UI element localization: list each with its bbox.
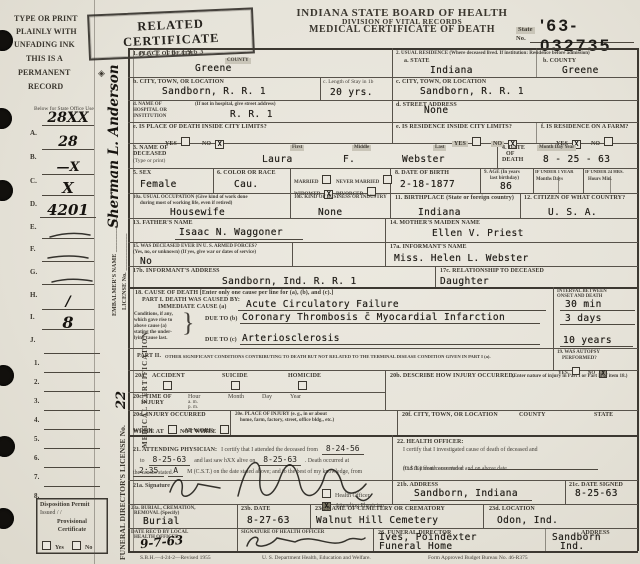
handwritten-value: —X xyxy=(42,161,94,175)
grid-line xyxy=(373,528,374,551)
blank-line xyxy=(44,486,100,487)
relationship-label: 17c. RELATIONSHIP TO DECEASED xyxy=(440,268,544,275)
no-label: NO xyxy=(591,141,600,147)
grid-line xyxy=(290,168,291,218)
cemetery-label: 23c. NAME OF CEMETERY OR CREMATORY xyxy=(315,506,445,513)
line-letter: A. xyxy=(30,129,37,137)
office-line-4: 4. xyxy=(34,409,39,427)
line-number: 1. xyxy=(34,359,39,367)
disposition-issued: Issued / / xyxy=(40,510,107,517)
race-label: 6. COLOR OR RACE xyxy=(217,170,276,177)
form-border xyxy=(128,48,638,50)
grid-line xyxy=(545,528,546,551)
blank-line xyxy=(44,467,100,468)
brace-glyph: } xyxy=(182,308,194,338)
relationship-value: Daughter xyxy=(440,277,489,287)
day-label: Day xyxy=(262,394,272,401)
line-number: 5. xyxy=(34,435,39,443)
pm-label: p. m. xyxy=(188,405,198,412)
office-line-7: 7. xyxy=(34,466,39,484)
handwritten-value: X xyxy=(42,182,94,196)
cause-c-value: Arteriosclerosis xyxy=(240,334,540,345)
dob-value: 2-18-1877 xyxy=(400,180,455,190)
office-line-E: E. 4201 xyxy=(30,216,37,234)
father-label: 13. FATHER'S NAME xyxy=(133,220,193,227)
usual-residence-label: 2. USUAL RESIDENCE (Where deceased lived… xyxy=(396,51,590,57)
funeral-director-value2: Funeral Home xyxy=(379,542,452,552)
year-label: Year xyxy=(290,394,301,401)
health-officer-label: 22. HEALTH OFFICER: xyxy=(397,439,464,446)
injury-county-label: COUNTY xyxy=(519,412,546,419)
hole-punch xyxy=(0,365,14,386)
citizen-value: U. S. A. xyxy=(548,208,597,218)
line-letter: F. xyxy=(30,245,36,253)
due-to-b-label: DUE TO (b) xyxy=(205,316,237,323)
date-recd-value: 9-7-63 xyxy=(139,534,183,551)
blank-line xyxy=(44,429,100,430)
no-label: No xyxy=(85,545,93,551)
farm-label: f. IS RESIDENCE ON A FARM? xyxy=(541,124,629,131)
last-header: Last xyxy=(433,145,446,151)
grid-line xyxy=(385,218,386,266)
handwritten-value: 28 xyxy=(42,136,94,150)
grid-line xyxy=(520,193,521,218)
while-work-checkbox xyxy=(168,425,177,434)
birthplace-value: Indiana xyxy=(418,208,461,218)
handwritten-value: / xyxy=(42,296,94,310)
res-limits-yes-checkbox xyxy=(472,137,481,146)
business-label: 10b. KIND OF BUSINESS OR INDUSTRY xyxy=(294,195,387,201)
handwritten-value: 8 xyxy=(42,316,94,330)
residence-county-value: Greene xyxy=(562,66,599,76)
grid-line xyxy=(237,504,238,551)
form-header: INDIANA STATE BOARD OF HEALTH DIVISION O… xyxy=(272,10,532,34)
dob-label: 8. DATE OF BIRTH xyxy=(395,170,449,177)
office-line-6: 6. xyxy=(34,447,39,465)
hole-punch xyxy=(0,30,13,51)
farm-no-checkbox xyxy=(604,137,613,146)
grid-line xyxy=(397,410,398,435)
armed-forces-label2: (Yes, no, or unknown) (If yes, give war … xyxy=(133,250,256,256)
homicide-checkbox xyxy=(298,381,307,390)
num-20a: 20a. xyxy=(135,373,146,380)
line-letter: B. xyxy=(30,153,37,161)
birthplace-label: 11. BIRTHPLACE (State or foreign country… xyxy=(395,195,514,202)
form-border xyxy=(128,48,130,551)
place-limits-yes-checkbox xyxy=(181,137,190,146)
interval-a-value: 30 min xyxy=(560,300,635,311)
funeral-license-label: FUNERAL DIRECTOR'S LICENSE No. xyxy=(118,425,127,560)
line-letter: G. xyxy=(30,268,37,276)
grid-line xyxy=(483,504,484,528)
line-letter: I. xyxy=(30,313,35,321)
pen-mark xyxy=(46,253,90,261)
pen-mark xyxy=(50,276,94,284)
vertical-handwritten-name: Sherman L. Anderson xyxy=(108,64,121,228)
grid-line xyxy=(128,392,385,393)
hole-punch xyxy=(0,436,15,457)
grid-line xyxy=(128,528,638,529)
place-limits-label: e. IS PLACE OF DEATH INSIDE CITY LIMITS? xyxy=(133,124,267,131)
month-label: Month xyxy=(228,394,244,401)
margin-warning: UNFADING INK xyxy=(14,42,75,49)
grid-line xyxy=(128,77,638,78)
work-label: WORK xyxy=(133,428,153,435)
grid-line xyxy=(213,168,214,193)
sex-label: 5. SEX xyxy=(133,170,151,177)
armed-forces-label1: 15. WAS DECEASED EVER IN U. S. ARMED FOR… xyxy=(133,244,257,250)
yes-label: Yes xyxy=(55,545,64,551)
margin-warning: PLAINLY WITH xyxy=(16,29,77,36)
injury-state-label: STATE xyxy=(594,412,613,419)
line-number: 2. xyxy=(34,378,39,386)
hospital-label2: HOSPITAL OR xyxy=(133,108,167,114)
informant-name-value: Miss. Helen L. Webster xyxy=(394,254,529,264)
conditions-note3: above cause (a) xyxy=(134,324,167,330)
office-line-1: 1. xyxy=(34,352,39,370)
under-24h-label: IF UNDER 24 HRS. xyxy=(585,169,624,175)
office-line-A: A. 28XX xyxy=(30,122,37,140)
grid-line xyxy=(480,168,481,193)
burial-date-label: 23b. DATE xyxy=(241,506,270,513)
mother-label: 14. MOTHER'S MAIDEN NAME xyxy=(390,220,480,227)
place-limits-checks: YES NO X xyxy=(165,132,224,150)
street-address-value: None xyxy=(424,106,448,116)
grid-line xyxy=(128,193,638,194)
blank-line xyxy=(44,391,100,392)
grid-line xyxy=(128,266,638,267)
residence-state-label: a. STATE xyxy=(404,58,430,65)
line-number: 4. xyxy=(34,416,39,424)
disposition-permit-box: Disposition Permit Issued / / Provisiona… xyxy=(36,498,108,554)
grid-line xyxy=(583,168,584,193)
first-header: First xyxy=(290,145,304,151)
suicide-checkbox xyxy=(231,381,240,390)
burial-value: Burial xyxy=(143,517,180,527)
embalmer-name-label: EMBALMER'S NAME ____________ xyxy=(112,215,119,316)
fd-address-value2: Ind. xyxy=(560,542,584,552)
hole-punch xyxy=(0,108,12,129)
health-officer-signature xyxy=(243,532,369,552)
middle-name-value: F. xyxy=(343,155,355,165)
line-letter: D. xyxy=(30,200,37,208)
handwritten-value: 28XX xyxy=(42,112,94,126)
business-value: None xyxy=(318,208,342,218)
citizen-label: 12. CITIZEN OF WHAT COUNTRY? xyxy=(524,195,625,202)
father-value: Isaac N. Waggoner xyxy=(175,228,303,240)
residence-state-value: Indiana xyxy=(430,66,473,76)
part2-text: OTHER SIGNIFICANT CONDITIONS CONTRIBUTIN… xyxy=(165,354,491,360)
cause-a-value: Acute Circulatory Failure xyxy=(238,300,546,311)
place-of-death-label: 1. PLACE OF DEATH xyxy=(133,51,193,58)
office-line-J: J. 8 xyxy=(30,329,35,347)
occupation-label2: during most of working life, even if ret… xyxy=(140,201,232,207)
budget-bureau-line: Form Approved Budget Bureau No. 46-R375 xyxy=(428,555,528,562)
form-number: S.B.H.—4-24-2—Revised 1955 xyxy=(140,555,211,562)
place-city-value: Sandborn, R. R. 1 xyxy=(162,87,266,97)
age-value: 86 xyxy=(500,182,512,192)
informant-name-label: 17a. INFORMANT'S NAME xyxy=(390,244,467,251)
race-value: Cau. xyxy=(234,180,258,190)
margin-warning: PERMANENT xyxy=(18,70,70,77)
conditions-note4: stating the under- xyxy=(134,330,172,336)
describe-injury-note: (Enter nature of injury in Part I or Par… xyxy=(512,374,627,380)
injury-city-label: 20f. CITY, TOWN, OR LOCATION xyxy=(402,412,498,419)
accident-checkbox xyxy=(163,381,172,390)
time-of-injury-label2: INJURY xyxy=(141,400,164,407)
residence-city-label: c. CITY, TOWN, OR LOCATION xyxy=(396,79,486,86)
burial-date-value: 8-27-63 xyxy=(247,516,290,526)
line-number: 7. xyxy=(34,473,39,481)
cause-b-value: Coronary Thrombosis c̄ Myocardial Infarc… xyxy=(240,313,540,324)
office-line-5: 5. xyxy=(34,428,39,446)
grid-line xyxy=(128,218,638,219)
grid-line xyxy=(128,100,638,101)
handwritten-value: 4201 xyxy=(40,204,96,218)
margin-divider-line xyxy=(94,0,95,564)
at-work-label: AT WORK xyxy=(184,428,214,435)
line-letter: J. xyxy=(30,336,35,344)
part1-label: PART I. DEATH WAS CAUSED BY: xyxy=(142,297,240,304)
blank-line xyxy=(44,410,100,411)
header-title2: MEDICAL CERTIFICATE OF DEATH xyxy=(272,27,532,34)
blank-line xyxy=(42,261,94,262)
health-officer-text3: (C.S.T.) from cause stated and on above … xyxy=(403,466,508,473)
dod-mdy-header: Month Day Year xyxy=(537,145,576,151)
name-note: (Type or print) xyxy=(133,158,165,165)
cemetery-value: Walnut Hill Cemetery xyxy=(316,516,438,526)
blank-line xyxy=(44,448,100,449)
grid-line xyxy=(565,480,566,504)
blank-line xyxy=(42,284,94,285)
office-line-D: D. X xyxy=(30,193,37,211)
physician-address-value: Sandborn, Indiana xyxy=(410,489,532,501)
state-no-label: No. xyxy=(516,36,526,43)
residence-city-value: Sandborn, R. R. 1 xyxy=(420,87,524,97)
hospital-note: (If not in hospital, give street address… xyxy=(195,102,276,108)
hospital-value: R. R. 1 xyxy=(230,110,273,120)
grid-line xyxy=(310,504,311,528)
name-label2: DECEASED xyxy=(133,151,166,158)
homicide-label: HOMICIDE xyxy=(288,373,321,380)
never-married-checkbox xyxy=(383,175,392,184)
place-of-injury-label2: home, farm, factory, street, office bldg… xyxy=(240,418,334,424)
grid-line xyxy=(392,435,393,504)
occupation-label1: 10a. USUAL OCCUPATION (Give kind of work… xyxy=(133,195,248,201)
header-title: INDIANA STATE BOARD OF HEALTH xyxy=(272,10,532,17)
middle-header: Middle xyxy=(352,145,371,151)
grid-line xyxy=(320,77,321,100)
last-name-value: Webster xyxy=(402,155,445,165)
armed-forces-value: No xyxy=(140,257,152,267)
pen-mark xyxy=(48,231,92,239)
hole-punch xyxy=(0,508,14,529)
office-line-B: B. 28 xyxy=(30,146,37,164)
hole-punch xyxy=(0,180,13,201)
date-signed-value: 8-25-63 xyxy=(575,489,618,499)
yes-label: YES xyxy=(452,141,468,147)
grid-line xyxy=(128,242,638,243)
provisional-yes-checkbox xyxy=(42,541,51,550)
suicide-label: SUICIDE xyxy=(222,373,248,380)
first-name-value: Laura xyxy=(262,155,293,165)
grid-line xyxy=(292,242,293,266)
informant-address-label: 17b. INFORMANT'S ADDRESS xyxy=(133,268,220,275)
line-number: 6. xyxy=(34,454,39,462)
hospital-label: d. NAME OF xyxy=(133,102,162,108)
sex-value: Female xyxy=(140,180,177,190)
grid-line xyxy=(435,266,436,287)
interval-b-value: 3 days xyxy=(560,314,635,325)
line-letter: E. xyxy=(30,223,37,231)
provisional-label: Provisional xyxy=(37,519,107,526)
place-city-label: b. CITY, TOWN, OR LOCATION xyxy=(133,79,224,86)
conditions-note5: lying cause last. xyxy=(134,336,167,342)
disposition-title: Disposition Permit xyxy=(40,502,107,509)
describe-injury-label: 20b. DESCRIBE HOW INJURY OCCURRED. xyxy=(390,373,515,380)
margin-warning: THIS IS A xyxy=(26,56,63,63)
hospital-label3: INSTITUTION xyxy=(133,114,166,120)
diamond-ornament-icon: ◈ xyxy=(98,68,105,79)
grid-line xyxy=(533,168,534,193)
grid-line xyxy=(385,370,386,410)
blank-line xyxy=(44,372,100,373)
office-line-F: F. xyxy=(30,238,36,256)
line-number: 3. xyxy=(34,397,39,405)
grid-line xyxy=(392,48,393,143)
office-line-2: 2. xyxy=(34,371,39,389)
not-while-work-checkbox xyxy=(220,425,229,434)
cemetery-location-label: 23d. LOCATION xyxy=(489,506,535,513)
line-letter: C. xyxy=(30,177,37,185)
margin-warning: RECORD xyxy=(28,84,63,91)
certificate-label: Certificate xyxy=(37,527,107,534)
accident-label: ACCIDENT xyxy=(152,373,185,380)
age-label1: 9. AGE (In years xyxy=(484,170,520,176)
mother-value: Ellen V. Priest xyxy=(432,229,524,239)
provisional-no-checkbox xyxy=(72,541,81,550)
part2-label: PART II. xyxy=(137,353,161,360)
form-border xyxy=(637,48,639,551)
office-line-I: I. / xyxy=(30,306,35,324)
place-limits-no-checkbox: X xyxy=(215,140,224,149)
cemetery-location-value: Odon, Ind. xyxy=(497,516,558,526)
no-label: NO xyxy=(202,141,211,147)
residence-county-label: b. COUNTY xyxy=(543,58,576,65)
date-of-death-value: 8 - 25 - 63 xyxy=(543,155,610,165)
interval-c-value: 10 years xyxy=(560,336,633,347)
office-line-C: C. —X xyxy=(30,170,37,188)
res-limits-label: e. IS RESIDENCE INSIDE CITY LIMITS? xyxy=(396,124,512,131)
office-line-G: G. xyxy=(30,261,37,279)
injury-occurred-label: 20d. INJURY OCCURRED xyxy=(133,412,206,419)
state-label: State xyxy=(516,27,535,34)
under-24h-cols: Hours Min. xyxy=(588,177,612,183)
department-line: U. S. Department Health, Education and W… xyxy=(262,555,371,562)
conditions-note2: which gave rise to xyxy=(134,318,172,324)
length-of-stay-label: c. Length of Stay in 1b xyxy=(323,79,373,86)
under-1yr-cols: Months Days xyxy=(536,177,563,183)
conditions-note1: Conditions, if any, xyxy=(134,312,173,318)
length-of-stay-value: 20 yrs. xyxy=(330,88,373,98)
office-line-3: 3. xyxy=(34,390,39,408)
death-certificate-scan: TYPE OR PRINT PLAINLY WITH UNFADING INK … xyxy=(0,0,640,564)
grid-line xyxy=(230,410,231,435)
grid-line xyxy=(128,348,638,349)
line-letter: H. xyxy=(30,291,37,299)
cause-of-death-label: 18. CAUSE OF DEATH [Enter only one cause… xyxy=(135,290,333,297)
occupation-value: Housewife xyxy=(170,208,225,218)
blank-line xyxy=(44,353,100,354)
grid-line xyxy=(553,287,554,370)
under-1yr-label: IF UNDER 1 YEAR xyxy=(535,169,574,175)
dod-label3: DEATH xyxy=(502,157,523,164)
place-of-injury-label1: 20e. PLACE OF INJURY (e. g., in or about xyxy=(235,412,327,418)
margin-warning: TYPE OR PRINT xyxy=(14,16,78,23)
grid-line xyxy=(128,410,638,411)
health-officer-text1: I certify that I investigated cause of d… xyxy=(403,447,538,454)
grid-line xyxy=(128,122,638,123)
office-line-H: H. xyxy=(30,284,37,302)
due-to-c-label: DUE TO (c) xyxy=(205,337,237,344)
place-county-value: Greene xyxy=(195,64,232,74)
certificate-number: '63-032735 xyxy=(540,16,640,56)
grid-line xyxy=(536,122,537,143)
informant-address-value: Sandborn, Ind. R. R. 1 xyxy=(222,277,357,287)
